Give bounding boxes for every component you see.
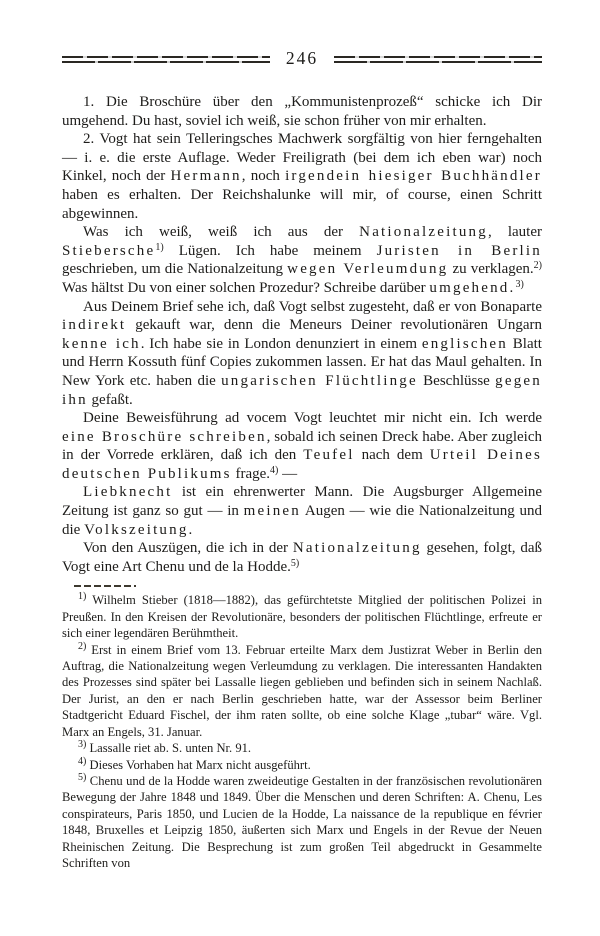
book-page: 246 1. Die Broschüre über den „Kommunist… [0,0,600,936]
emphasized-spaced-text: kenne ich [62,336,141,352]
letter-paragraph: 2. Vogt hat sein Telleringsches Machwerk… [62,130,542,223]
emphasized-spaced-text: ungarischen Flüchtlinge [221,373,418,389]
text-segment: . Ich habe sie in London denunziert in e… [141,336,422,352]
footnote-marker: 5) [291,558,299,569]
emphasized-spaced-text: eine Broschüre schreiben [62,429,267,445]
emphasized-spaced-text: Nationalzeitung [293,540,422,556]
header-rule-left [62,56,270,63]
emphasized-spaced-text: wegen Verleumdung [287,261,448,277]
text-segment: , noch [242,168,285,184]
text-segment: 1. Die Broschüre über den „Kommunistenpr… [62,94,542,129]
footnote: 1) Wilhelm Stieber (1818—1882), das gefü… [62,592,542,641]
text-segment: haben es erhalten. Der Reichshalunke wil… [62,187,542,222]
emphasized-spaced-text: Teufel [303,447,354,463]
footnote-marker: 1) [155,242,163,253]
footnote-separator [74,585,136,587]
text-segment: Was hältst Du von einer solchen Prozedur… [62,280,429,296]
text-segment: gefaßt. [88,392,133,408]
text-segment: zu verklagen. [448,261,533,277]
footnotes: 1) Wilhelm Stieber (1818—1882), das gefü… [62,592,542,871]
emphasized-spaced-text: irgendein hiesiger Buchhändler [285,168,542,184]
footnote-marker: 3) [515,279,523,290]
emphasized-spaced-text: indirekt [62,317,126,333]
footnote-marker: 2) [534,260,542,271]
text-segment: nach dem [355,447,430,463]
emphasized-spaced-text: Nationalzeitung [359,224,488,240]
letter-paragraph: Von den Auszügen, die ich in der Nationa… [62,539,542,576]
text-segment: frage. [232,466,270,482]
letter-paragraph: 1. Die Broschüre über den „Kommunistenpr… [62,93,542,130]
letter-paragraph: Aus Deinem Brief sehe ich, daß Vogt selb… [62,298,542,410]
page-header: 246 [62,46,542,72]
text-segment: — [278,466,297,482]
emphasized-spaced-text: englischen [422,336,508,352]
text-segment: . [189,522,193,538]
letter-paragraph: Liebknecht ist ein ehrenwerter Mann. Die… [62,483,542,539]
text-segment: Aus Deinem Brief sehe ich, daß Vogt selb… [83,299,542,315]
emphasized-spaced-text: Stiebersche [62,243,155,259]
text-segment: Was ich weiß, weiß ich aus der [83,224,359,240]
footnote: 3) Lassalle riet ab. S. unten Nr. 91. [62,740,542,756]
page-number: 246 [283,48,321,69]
text-segment: Chenu und de la Hodde waren zweideutige … [62,774,542,870]
letter-paragraph: Deine Beweisführung ad vocem Vogt leucht… [62,409,542,483]
text-segment: geschrieben, um die Nationalzeitung [62,261,287,277]
text-segment: , lauter [488,224,542,240]
emphasized-spaced-text: Liebknecht [83,484,172,500]
text-segment: Erst in einem Brief vom 13. Februar erte… [62,643,542,739]
emphasized-spaced-text: Juristen in Berlin [377,243,542,259]
text-segment: gekauft war, denn die Meneurs Deiner rev… [126,317,542,333]
text-segment: Wilhelm Stieber (1818—1882), das gefürch… [62,593,542,640]
emphasized-spaced-text: Hermann [171,168,242,184]
footnote: 2) Erst in einem Brief vom 13. Februar e… [62,642,542,740]
emphasized-spaced-text: Volkszeitung [84,522,188,538]
text-segment: Lügen. Ich habe meinem [164,243,377,259]
text-segment: Beschlüsse [418,373,495,389]
text-segment: Dieses Vorhaben hat Marx nicht ausgeführ… [86,758,310,772]
footnote: 5) Chenu und de la Hodde waren zweideuti… [62,773,542,871]
text-segment: Lassalle riet ab. S. unten Nr. 91. [86,741,251,755]
footnote: 4) Dieses Vorhaben hat Marx nicht ausgef… [62,757,542,773]
letter-paragraph: Was ich weiß, weiß ich aus der Nationalz… [62,223,542,297]
emphasized-spaced-text: meinen [244,503,301,519]
text-segment: Von den Auszügen, die ich in der [83,540,293,556]
emphasized-spaced-text: umgehend. [429,280,515,296]
letter-text: 1. Die Broschüre über den „Kommunistenpr… [62,93,542,576]
header-rule-right [334,56,542,63]
text-segment: Deine Beweisführung ad vocem Vogt leucht… [83,410,542,426]
